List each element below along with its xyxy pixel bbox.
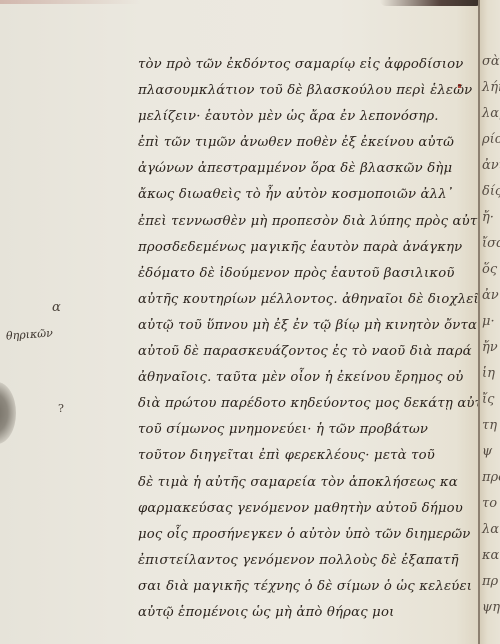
text-line: φαρμακεύσας γενόμενον μαθητὴν αὐτοῦ δήμο… [138, 496, 478, 522]
text-line: πλασουμκλάτιον τοῦ δὲ βλασκούλου περὶ ἑλ… [138, 78, 478, 104]
adjacent-text-fragment: ἴσα [482, 236, 500, 251]
adjacent-text-fragment: λα [482, 522, 499, 537]
text-line: ἐπιστείλαντος γενόμενον πολλοὺς δὲ ἐξαπα… [138, 548, 478, 574]
text-line: ἐπεὶ τεννωσθὲν μὴ προπεσὸν διὰ λύπης πρὸ… [138, 209, 478, 235]
adjacent-text-fragment: ὅς [482, 262, 497, 277]
text-line: τοῦ σίμωνος μνημονεύει· ἡ τῶν προβάτων [138, 417, 478, 443]
adjacent-text-fragment: πρ [482, 574, 498, 589]
text-line: δὲ τιμὰ ἡ αὐτῆς σαμαρεία τὸν ἀποκλήσεως … [138, 470, 478, 496]
text-line: αὐτοῦ δὲ παρασκευάζοντος ἐς τὸ ναοῦ διὰ … [138, 339, 478, 365]
binding-shadow [380, 0, 480, 6]
page-edge-tint [0, 0, 140, 4]
adjacent-text-fragment: ἴς [482, 392, 494, 407]
binding-hole [0, 382, 16, 444]
text-line: μελίζειν· ἑαυτὸν μὲν ὡς ἄρα ἐν λεπονόσηρ… [138, 104, 478, 130]
manuscript-text-block: τὸν πρὸ τῶν ἐκδόντος σαμαρίῳ εἰς ἀφροδίσ… [138, 52, 478, 626]
adjacent-text-fragment: ἀνὶ [482, 158, 500, 173]
adjacent-text-fragment: σὰ [482, 54, 500, 69]
text-line: αὐτῷ ἑπομένοις ὡς μὴ ἀπὸ θήρας μοι [138, 600, 478, 626]
manuscript-page: ɑ θηρικῶν ? τὸν πρὸ τῶν ἐκδόντος σαμαρίῳ… [0, 0, 480, 644]
adjacent-text-fragment: ἀν [482, 288, 499, 303]
text-line: διὰ πρώτου παρέδοτο κηδεύοντος μος δεκάτ… [138, 391, 478, 417]
text-line: σαι διὰ μαγικῆς τέχνης ὁ δὲ σίμων ὁ ὡς κ… [138, 574, 478, 600]
text-line: μος οἷς προσήνεγκεν ὁ αὐτὸν ὑπὸ τῶν διημ… [138, 522, 478, 548]
text-line: ἐπὶ τῶν τιμῶν ἀνωθεν ποθὲν ἐξ ἐκείνου αὐ… [138, 130, 478, 156]
adjacent-text-fragment: μ· [482, 314, 495, 329]
text-line: αὐτῆς κουτηρίων μέλλοντος. ἀθηναῖοι δὲ δ… [138, 287, 478, 313]
adjacent-text-fragment: προ [482, 470, 500, 485]
text-line: τοῦτον διηγεῖται ἐπὶ φερεκλέους· μετὰ το… [138, 443, 478, 469]
adjacent-text-fragment: δίς [482, 184, 500, 199]
text-line: τὸν πρὸ τῶν ἐκδόντος σαμαρίῳ εἰς ἀφροδίσ… [138, 52, 478, 78]
text-line: ἄκως διωαθεὶς τὸ ἦν αὐτὸν κοσμοποιῶν ἀλλ… [138, 182, 478, 208]
adjacent-text-fragment: ψη [482, 600, 500, 615]
adjacent-text-fragment: τη [482, 418, 497, 433]
marginal-mark: ? [58, 402, 64, 415]
marginal-mark-top: ɑ [52, 300, 61, 315]
text-line: προσδεδεμένως μαγικῆς ἑαυτὸν παρὰ ἀνάγκη… [138, 235, 478, 261]
adjacent-text-fragment: το [482, 496, 497, 511]
adjacent-text-fragment: ἤν [482, 340, 498, 355]
marginal-note: θηρικῶν [6, 326, 54, 342]
text-line: ἀγώνων ἀπεστραμμένον ὅρα δὲ βλασκῶν δὴμ [138, 156, 478, 182]
text-line: αὐτῷ τοῦ ὕπνου μὴ ἐξ ἐν τῷ βίῳ μὴ κινητὸ… [138, 313, 478, 339]
text-line: ἀθηναῖοις. ταῦτα μὲν οἶον ἡ ἐκείνου ἔρημ… [138, 365, 478, 391]
adjacent-text-fragment: λαμ [482, 106, 500, 121]
adjacent-text-fragment: ἤ· [482, 210, 494, 225]
adjacent-text-fragment: κα [482, 548, 499, 563]
adjacent-text-fragment: ρίσ [482, 132, 500, 147]
adjacent-page-edge: σὰ λήν λαμ ρίσ ἀνὶ δίς ἤ· ἴσα ὅς ἀν μ· ἤ… [480, 0, 500, 644]
adjacent-text-fragment: ἱη [482, 366, 495, 381]
adjacent-text-fragment: ψ [482, 444, 492, 459]
adjacent-text-fragment: λήν [482, 80, 500, 95]
text-line: ἐδόματο δὲ ἰδούμενον πρὸς ἑαυτοῦ βασιλικ… [138, 261, 478, 287]
